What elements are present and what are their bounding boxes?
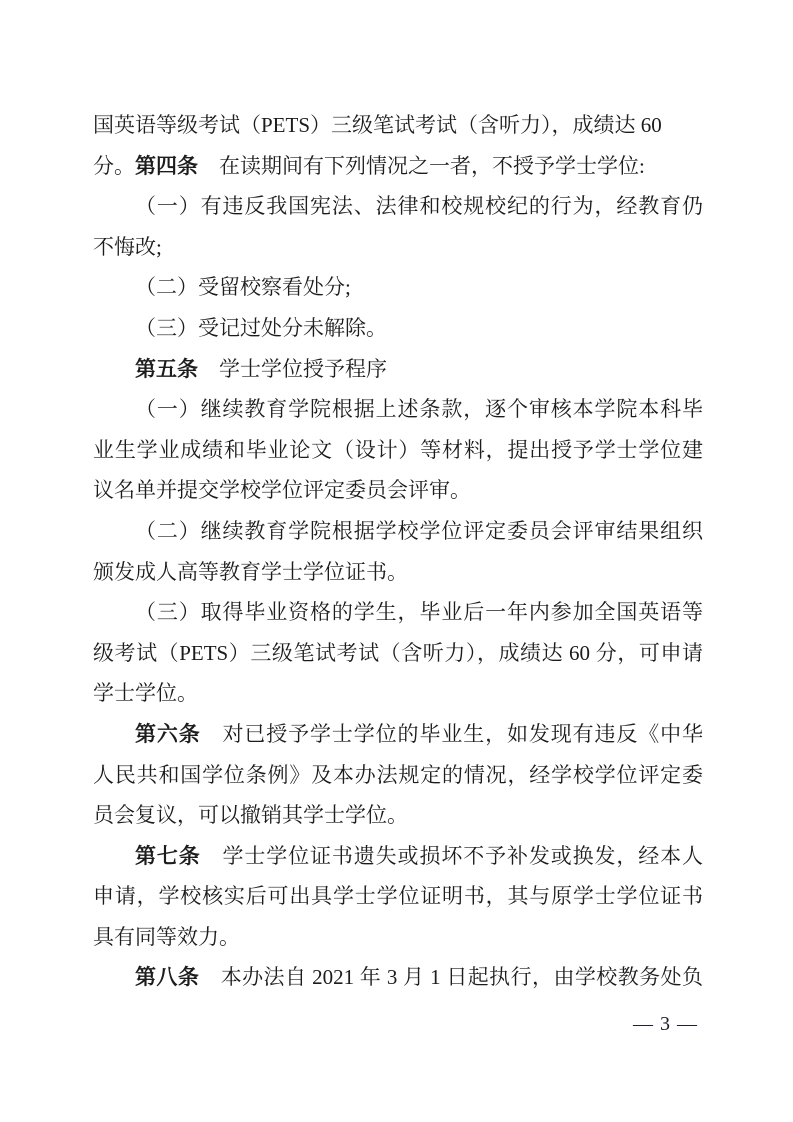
- text-line: （二）受留校察看处分;: [93, 267, 703, 308]
- text-line: 第六条 对已授予学士学位的毕业生，如发现有违反《中华: [93, 714, 703, 755]
- line-text: （一）继续教育学院根据上述条款，逐个审核本学院本科毕: [135, 397, 703, 421]
- line-text: （三）受记过处分未解除。: [135, 316, 387, 340]
- text-line: 员会复议，可以撤销其学士学位。: [93, 795, 703, 836]
- line-text: （二）继续教育学院根据学校学位评定委员会评审结果组织: [135, 519, 703, 543]
- text-line: 颁发成人高等教育学士学位证书。: [93, 552, 703, 593]
- article-number: 第四条: [135, 154, 198, 178]
- article-number: 第六条: [135, 722, 201, 746]
- text-line: （三）受记过处分未解除。: [93, 308, 703, 349]
- line-text: 议名单并提交学校学位评定委员会评审。: [93, 478, 471, 502]
- line-text: 颁发成人高等教育学士学位证书。: [93, 560, 408, 584]
- text-line: （三）取得毕业资格的学生，毕业后一年内参加全国英语等: [93, 592, 703, 633]
- line-text: 业生学业成绩和毕业论文（设计）等材料，提出授予学士学位建: [93, 438, 703, 462]
- line-text: 申请，学校核实后可出具学士学位证明书，其与原学士学位证书: [93, 884, 703, 908]
- line-text: （二）受留校察看处分;: [135, 275, 351, 299]
- text-line: 级考试（PETS）三级笔试考试（含听力），成绩达 60 分，可申请: [93, 633, 703, 674]
- line-text: 对已授予学士学位的毕业生，如发现有违反《中华: [201, 722, 703, 746]
- text-line: 议名单并提交学校学位评定委员会评审。: [93, 470, 703, 511]
- text-line: 学士学位。: [93, 673, 703, 714]
- text-line: 第四条 在读期间有下列情况之一者，不授予学士学位:: [93, 146, 703, 187]
- text-line: （二）继续教育学院根据学校学位评定委员会评审结果组织: [93, 511, 703, 552]
- page-number: — 3 —: [633, 1013, 698, 1036]
- line-text: 不悔改;: [93, 235, 162, 259]
- text-line: （一）有违反我国宪法、法律和校规校纪的行为，经教育仍: [93, 186, 703, 227]
- line-text: （三）取得毕业资格的学生，毕业后一年内参加全国英语等: [135, 600, 703, 624]
- text-line: 不悔改;: [93, 227, 703, 268]
- text-line: 具有同等效力。: [93, 917, 703, 958]
- line-text: 员会复议，可以撤销其学士学位。: [93, 803, 408, 827]
- text-line: 业生学业成绩和毕业论文（设计）等材料，提出授予学士学位建: [93, 430, 703, 471]
- line-text: 具有同等效力。: [93, 925, 240, 949]
- line-text: 级考试（PETS）三级笔试考试（含听力），成绩达 60 分，可申请: [93, 641, 703, 665]
- article-number: 第八条: [135, 965, 199, 989]
- line-text: 学士学位授予程序: [198, 357, 387, 381]
- text-line: 申请，学校核实后可出具学士学位证明书，其与原学士学位证书: [93, 876, 703, 917]
- document-body: 国英语等级考试（PETS）三级笔试考试（含听力），成绩达 60 分。第四条 在读…: [93, 105, 703, 998]
- line-text: 在读期间有下列情况之一者，不授予学士学位:: [198, 154, 645, 178]
- line-text: 学士学位。: [93, 681, 198, 705]
- article-number: 第七条: [135, 844, 201, 868]
- line-text: （一）有违反我国宪法、法律和校规校纪的行为，经教育仍: [135, 194, 703, 218]
- text-line: 第五条 学士学位授予程序: [93, 349, 703, 390]
- line-text: 学士学位证书遗失或损坏不予补发或换发，经本人: [201, 844, 703, 868]
- line-text: 人民共和国学位条例》及本办法规定的情况，经学校学位评定委: [93, 763, 703, 787]
- text-line: 国英语等级考试（PETS）三级笔试考试（含听力），成绩达 60 分。: [93, 105, 703, 146]
- text-line: 第八条 本办法自 2021 年 3 月 1 日起执行，由学校教务处负: [93, 957, 703, 998]
- text-line: （一）继续教育学院根据上述条款，逐个审核本学院本科毕: [93, 389, 703, 430]
- line-text: 本办法自 2021 年 3 月 1 日起执行，由学校教务处负: [199, 965, 703, 989]
- text-line: 人民共和国学位条例》及本办法规定的情况，经学校学位评定委: [93, 755, 703, 796]
- document-page: 国英语等级考试（PETS）三级笔试考试（含听力），成绩达 60 分。第四条 在读…: [0, 0, 793, 1122]
- text-line: 第七条 学士学位证书遗失或损坏不予补发或换发，经本人: [93, 836, 703, 877]
- article-number: 第五条: [135, 357, 198, 381]
